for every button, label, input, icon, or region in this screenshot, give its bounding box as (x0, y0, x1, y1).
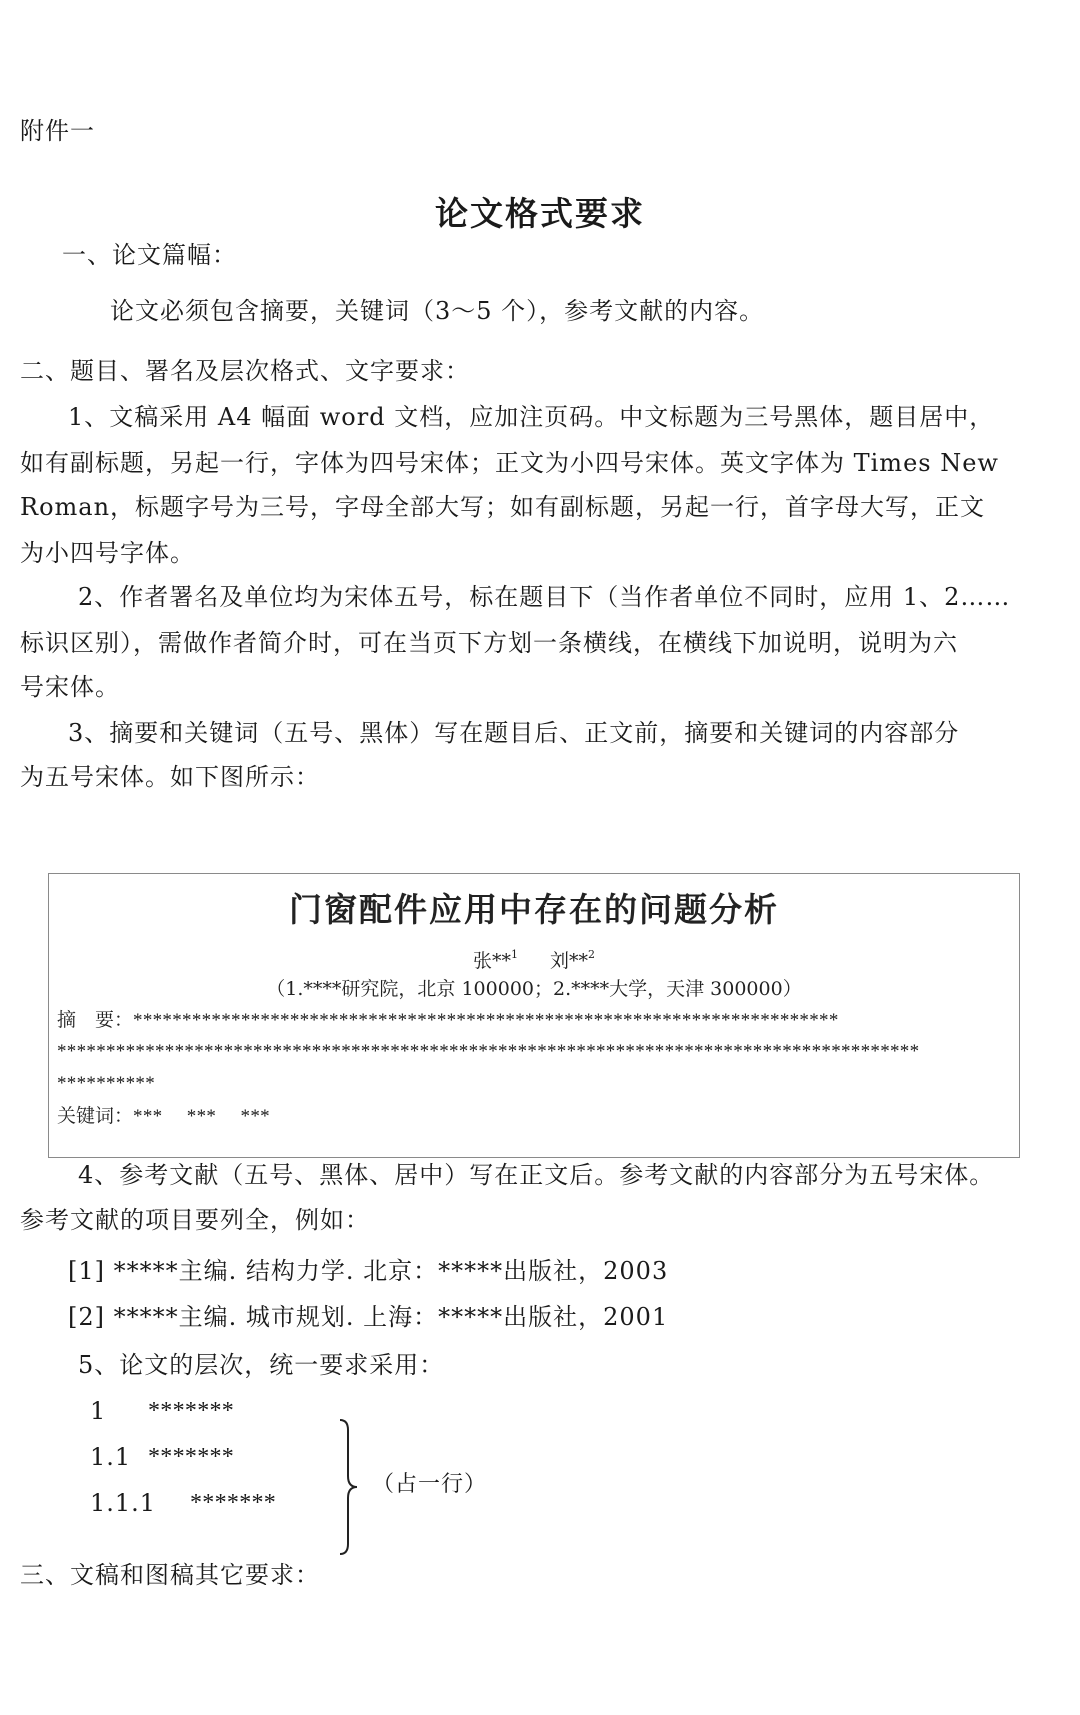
author-2-sup: 2 (588, 948, 595, 961)
example-figure: 门窗配件应用中存在的问题分析 张**1刘**2 （1.****研究院，北京 10… (48, 873, 1020, 1158)
example-abstract-line1: 摘 要：************************************… (57, 1008, 839, 1033)
item4-line2: 参考文献的项目要列全，例如： (20, 1205, 370, 1235)
item2-line3: 号宋体。 (20, 672, 120, 702)
reference-2: [2] *****主编. 城市规划. 上海：*****出版社，2001 (68, 1302, 668, 1332)
item2-line2: 标识区别），需做作者简介时，可在当页下方划一条横线，在横线下加说明，说明为六 (20, 628, 958, 658)
keywords-label: 关键词： (57, 1105, 133, 1127)
level-2-number: 1.1 (90, 1442, 131, 1472)
abstract-label: 摘 要： (57, 1009, 133, 1031)
level-1-number: 1 (90, 1396, 106, 1426)
attachment-label: 附件一 (20, 116, 95, 146)
item1-line3: Roman，标题字号为三号，字母全部大写；如有副标题，另起一行，首字母大写，正文 (20, 492, 985, 522)
keywords-value: *** *** *** (133, 1106, 270, 1127)
level-1-text: ******* (148, 1396, 234, 1426)
example-abstract-line3: ********** (57, 1072, 155, 1096)
example-title: 门窗配件应用中存在的问题分析 (49, 884, 1019, 931)
author-2: 刘** (550, 950, 588, 972)
section1-heading: 一、论文篇幅： (62, 240, 237, 270)
item3-line1: 3、摘要和关键词（五号、黑体）写在题目后、正文前，摘要和关键词的内容部分 (68, 718, 959, 748)
item3-line2: 为五号宋体。如下图所示： (20, 762, 320, 792)
item2-line1: 2、作者署名及单位均为宋体五号，标在题目下（当作者单位不同时，应用 1、2…… (78, 582, 1010, 612)
section2-heading: 二、题目、署名及层次格式、文字要求： (20, 356, 470, 386)
example-affiliation: （1.****研究院，北京 100000；2.****大学，天津 300000） (49, 977, 1019, 1001)
abstract-text-1: ****************************************… (133, 1010, 839, 1031)
section3-heading: 三、文稿和图稿其它要求： (20, 1560, 320, 1590)
section1-body: 论文必须包含摘要，关键词（3～5 个），参考文献的内容。 (110, 296, 764, 326)
item1-line4: 为小四号字体。 (20, 538, 195, 568)
page-title: 论文格式要求 (0, 188, 1080, 235)
example-abstract-line2: ****************************************… (57, 1040, 1017, 1064)
item1-line2: 如有副标题，另起一行，字体为四号宋体；正文为小四号宋体。英文字体为 Times … (20, 448, 999, 478)
level-2-text: ******* (148, 1442, 234, 1472)
levels-note: （占一行） (372, 1470, 487, 1500)
example-keywords: 关键词：*** *** *** (57, 1104, 270, 1129)
item5-heading: 5、论文的层次，统一要求采用： (78, 1350, 444, 1380)
level-3-text: ******* (190, 1488, 276, 1518)
item4-line1: 4、参考文献（五号、黑体、居中）写在正文后。参考文献的内容部分为五号宋体。 (78, 1160, 994, 1190)
example-authors: 张**1刘**2 (49, 943, 1019, 973)
level-3-number: 1.1.1 (90, 1488, 156, 1518)
item1-line1: 1、文稿采用 A4 幅面 word 文档，应加注页码。中文标题为三号黑体，题目居… (68, 402, 994, 432)
right-brace-icon (338, 1418, 362, 1556)
author-1-sup: 1 (511, 948, 518, 961)
author-1: 张** (473, 950, 511, 972)
reference-1: [1] *****主编. 结构力学. 北京：*****出版社，2003 (68, 1256, 668, 1286)
